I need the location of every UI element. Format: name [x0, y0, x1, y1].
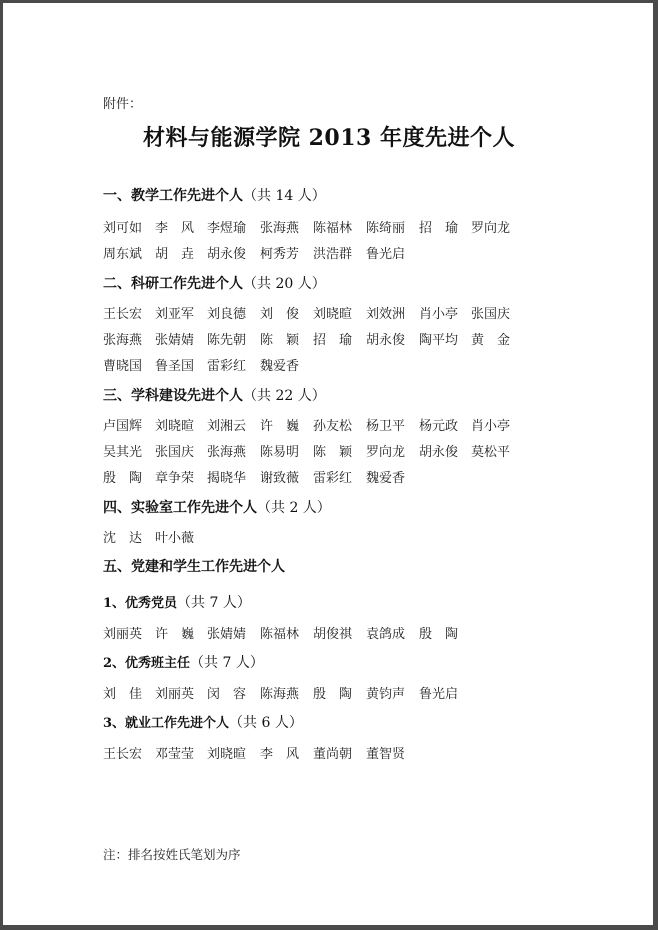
list-item: 魏爱香: [366, 467, 414, 486]
list-item: 张婧婧: [155, 329, 203, 348]
list-item: 胡 垚: [155, 243, 203, 262]
section-title: 三、学科建设先进个人: [103, 388, 243, 404]
list-item: 招 瑜: [313, 329, 361, 348]
subsection-count: （共 6 人）: [229, 715, 303, 731]
list-item: 张海燕: [103, 329, 151, 348]
section-title: 二、科研工作先进个人: [103, 276, 243, 292]
list-item: 刘丽英: [155, 683, 203, 702]
list-item: 袁鸽成: [366, 623, 414, 642]
subsection-title: 2、优秀班主任: [103, 656, 190, 671]
list-item: 胡永俊: [207, 243, 255, 262]
list-item: 鲁光启: [419, 683, 467, 702]
list-item: 黄 金: [471, 329, 519, 348]
section-heading-lab: 四、实验室工作先进个人（共 2 人）: [103, 497, 331, 517]
list-item: 李 风: [260, 743, 308, 762]
list-item: 董尚朝: [313, 743, 361, 762]
list-item: 杨元政: [419, 415, 467, 434]
document-page: 附件： 材料与能源学院 2013 年度先进个人 一、教学工作先进个人（共 14 …: [3, 3, 655, 927]
list-item: 鲁圣国: [155, 355, 203, 374]
list-item: 许 巍: [155, 623, 203, 642]
list-item: 张国庆: [471, 303, 519, 322]
list-item: 罗向龙: [471, 217, 519, 236]
section-title: 五、党建和学生工作先进个人: [103, 559, 285, 575]
list-item: 陈 颖: [260, 329, 308, 348]
list-item: 陈先朝: [207, 329, 255, 348]
section-count: （共 22 人）: [243, 388, 326, 404]
list-item: 邓莹莹: [155, 743, 203, 762]
list-item: 莫松平: [471, 441, 519, 460]
list-item: 王长宏: [103, 303, 151, 322]
list-item: 陈易明: [260, 441, 308, 460]
list-item: 陈海燕: [260, 683, 308, 702]
section-heading-teaching: 一、教学工作先进个人（共 14 人）: [103, 185, 326, 205]
list-item: 柯秀芳: [260, 243, 308, 262]
subsection-count: （共 7 人）: [177, 595, 251, 611]
list-item: 曹晓国: [103, 355, 151, 374]
section-count: （共 20 人）: [243, 276, 326, 292]
list-item: 刘晓暄: [155, 415, 203, 434]
list-item: 鲁光启: [366, 243, 414, 262]
section-heading-discipline: 三、学科建设先进个人（共 22 人）: [103, 385, 326, 405]
list-item: 雷彩红: [207, 355, 255, 374]
list-item: 揭晓华: [207, 467, 255, 486]
list-item: 刘晓暄: [207, 743, 255, 762]
section-heading-party-student: 五、党建和学生工作先进个人: [103, 556, 285, 576]
list-item: 张国庆: [155, 441, 203, 460]
list-item: 卢国辉: [103, 415, 151, 434]
list-item: 谢致薇: [260, 467, 308, 486]
attachment-label: 附件：: [103, 93, 142, 112]
subsection-heading-party-members: 1、优秀党员（共 7 人）: [103, 592, 251, 612]
subsection-title: 1、优秀党员: [103, 596, 177, 611]
subsection-title: 3、就业工作先进个人: [103, 716, 229, 731]
list-item: 陶平均: [419, 329, 467, 348]
list-item: 王长宏: [103, 743, 151, 762]
list-item: 胡俊祺: [313, 623, 361, 642]
section-heading-research: 二、科研工作先进个人（共 20 人）: [103, 273, 326, 293]
list-item: 孙友松: [313, 415, 361, 434]
section-count: （共 14 人）: [243, 188, 326, 204]
list-item: 陈福林: [313, 217, 361, 236]
list-item: 杨卫平: [366, 415, 414, 434]
list-item: 张海燕: [207, 441, 255, 460]
list-item: 张海燕: [260, 217, 308, 236]
list-item: 刘 俊: [260, 303, 308, 322]
list-item: 吴其光: [103, 441, 151, 460]
list-item: 殷 陶: [313, 683, 361, 702]
list-item: 胡永俊: [419, 441, 467, 460]
section-title: 一、教学工作先进个人: [103, 188, 243, 204]
list-item: 黄钧声: [366, 683, 414, 702]
list-item: 殷 陶: [419, 623, 467, 642]
list-item: 陈福林: [260, 623, 308, 642]
list-item: 沈 达: [103, 527, 151, 546]
list-item: 殷 陶: [103, 467, 151, 486]
list-item: 刘湘云: [207, 415, 255, 434]
list-item: 刘效洲: [366, 303, 414, 322]
list-item: 雷彩红: [313, 467, 361, 486]
list-item: 刘丽英: [103, 623, 151, 642]
list-item: 刘 佳: [103, 683, 151, 702]
list-item: 叶小薇: [155, 527, 203, 546]
list-item: 肖小亭: [471, 415, 519, 434]
list-item: 刘晓暄: [313, 303, 361, 322]
list-item: 刘良德: [207, 303, 255, 322]
list-item: 张婧婧: [207, 623, 255, 642]
subsection-heading-employment: 3、就业工作先进个人（共 6 人）: [103, 712, 303, 732]
list-item: 洪浩群: [313, 243, 361, 262]
list-item: 陈绮丽: [366, 217, 414, 236]
list-item: 周东斌: [103, 243, 151, 262]
subsection-count: （共 7 人）: [190, 655, 264, 671]
list-item: 招 瑜: [419, 217, 467, 236]
section-count: （共 2 人）: [257, 500, 331, 516]
list-item: 刘亚军: [155, 303, 203, 322]
list-item: 肖小亭: [419, 303, 467, 322]
list-item: 罗向龙: [366, 441, 414, 460]
footnote: 注：排名按姓氏笔划为序: [103, 845, 241, 863]
list-item: 胡永俊: [366, 329, 414, 348]
list-item: 魏爱香: [260, 355, 308, 374]
list-item: 章争荣: [155, 467, 203, 486]
list-item: 许 巍: [260, 415, 308, 434]
subsection-heading-class-advisors: 2、优秀班主任（共 7 人）: [103, 652, 264, 672]
list-item: 李煜瑜: [207, 217, 255, 236]
page-title: 材料与能源学院 2013 年度先进个人: [3, 121, 655, 152]
list-item: 闵 容: [207, 683, 255, 702]
section-title: 四、实验室工作先进个人: [103, 500, 257, 516]
list-item: 刘可如: [103, 217, 151, 236]
list-item: 李 风: [155, 217, 203, 236]
list-item: 董智贤: [366, 743, 414, 762]
list-item: 陈 颖: [313, 441, 361, 460]
